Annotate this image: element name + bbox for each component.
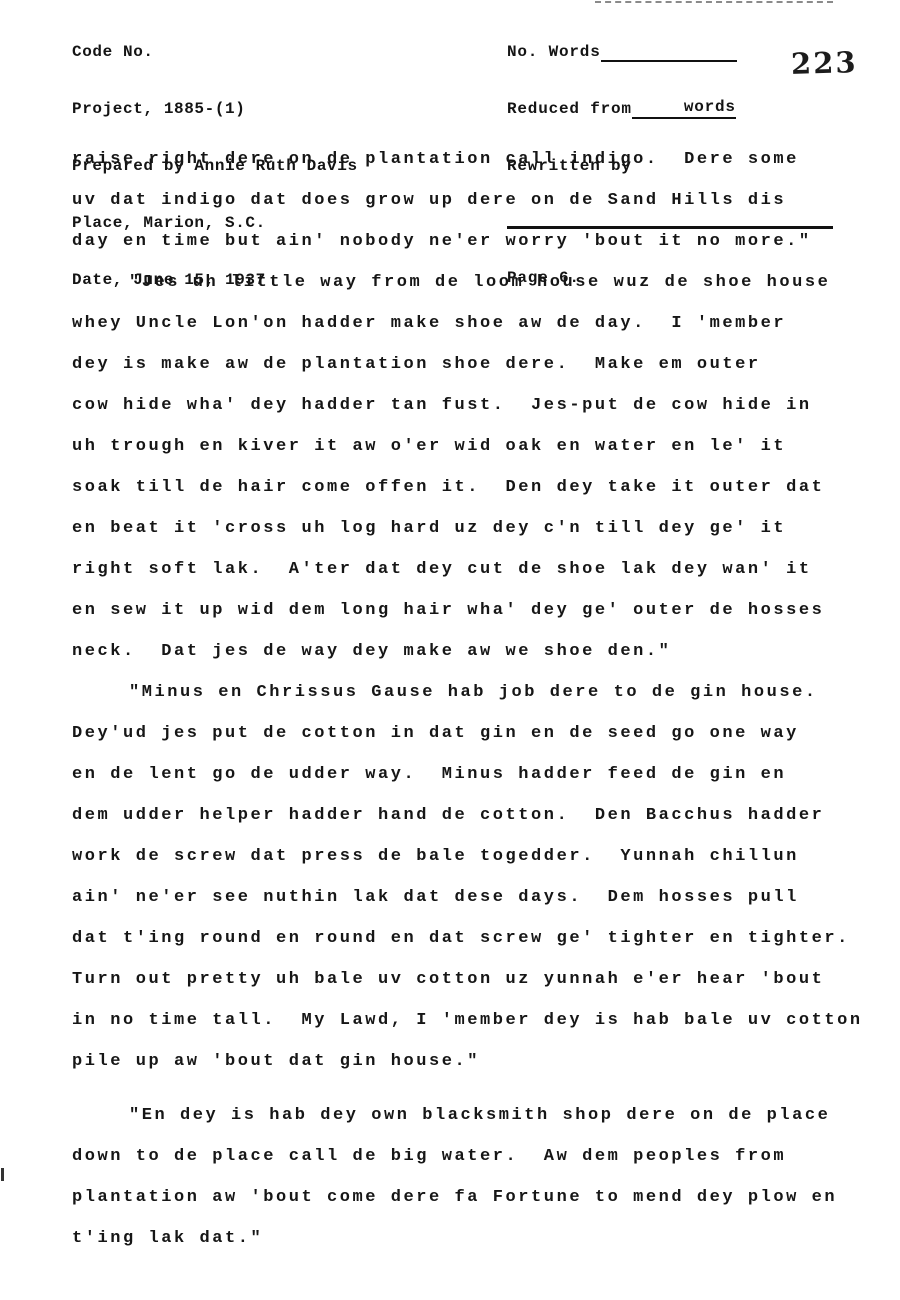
text-line: dat t'ing round en round en dat screw ge… <box>72 918 872 959</box>
text-line: en beat it 'cross uh log hard uz dey c'n… <box>72 508 872 549</box>
no-words-blank <box>601 46 737 62</box>
text-line: "En dey is hab dey own blacksmith shop d… <box>72 1095 872 1136</box>
paragraph: "Minus en Chrissus Gause hab job dere to… <box>72 672 872 1082</box>
text-line: en sew it up wid dem long hair wha' dey … <box>72 590 872 631</box>
scan-artifact-line <box>595 1 833 3</box>
text-line: right soft lak. A'ter dat dey cut de sho… <box>72 549 872 590</box>
text-line: uv dat indigo dat does grow up dere on d… <box>72 180 872 221</box>
scan-artifact-tick <box>1 1168 4 1181</box>
paragraph: "En dey is hab dey own blacksmith shop d… <box>72 1082 872 1259</box>
text-line: down to de place call de big water. Aw d… <box>72 1136 872 1177</box>
paragraph: "Jes uh little way from de loom house wu… <box>72 262 872 672</box>
code-no-line: Code No. <box>72 43 358 62</box>
text-line: en de lent go de udder way. Minus hadder… <box>72 754 872 795</box>
text-line: raise right dere on de plantation call i… <box>72 139 872 180</box>
no-words-row: No. Words <box>507 43 837 62</box>
folio-stamp: 223 <box>791 45 858 81</box>
text-line: Turn out pretty uh bale uv cotton uz yun… <box>72 959 872 1000</box>
text-line: neck. Dat jes de way dey make aw we shoe… <box>72 631 872 672</box>
text-line: ain' ne'er see nuthin lak dat dese days.… <box>72 877 872 918</box>
text-line: dem udder helper hadder hand de cotton. … <box>72 795 872 836</box>
text-line: soak till de hair come offen it. Den dey… <box>72 467 872 508</box>
text-line: t'ing lak dat." <box>72 1218 872 1259</box>
reduced-from-blank <box>632 103 684 119</box>
text-line: plantation aw 'bout come dere fa Fortune… <box>72 1177 872 1218</box>
text-line: Dey'ud jes put de cotton in dat gin en d… <box>72 713 872 754</box>
text-line: day en time but ain' nobody ne'er worry … <box>72 221 872 262</box>
text-line: uh trough en kiver it aw o'er wid oak en… <box>72 426 872 467</box>
no-words-label: No. Words <box>507 43 601 62</box>
text-line: dey is make aw de plantation shoe dere. … <box>72 344 872 385</box>
text-line: cow hide wha' dey hadder tan fust. Jes-p… <box>72 385 872 426</box>
text-line: pile up aw 'bout dat gin house." <box>72 1041 872 1082</box>
text-line: "Minus en Chrissus Gause hab job dere to… <box>72 672 872 713</box>
text-line: whey Uncle Lon'on hadder make shoe aw de… <box>72 303 872 344</box>
text-line: work de screw dat press de bale togedder… <box>72 836 872 877</box>
text-line: "Jes uh little way from de loom house wu… <box>72 262 872 303</box>
words-label: words <box>684 98 736 119</box>
paragraph: raise right dere on de plantation call i… <box>72 139 872 262</box>
project-line: Project, 1885-(1) <box>72 100 358 119</box>
text-line: in no time tall. My Lawd, I 'member dey … <box>72 1000 872 1041</box>
document-page: Code No. Project, 1885-(1) Prepared by A… <box>0 0 900 1300</box>
reduced-from-label: Reduced from <box>507 100 632 119</box>
body-text: raise right dere on de plantation call i… <box>72 139 872 1259</box>
reduced-from-row: Reduced from words <box>507 100 837 119</box>
